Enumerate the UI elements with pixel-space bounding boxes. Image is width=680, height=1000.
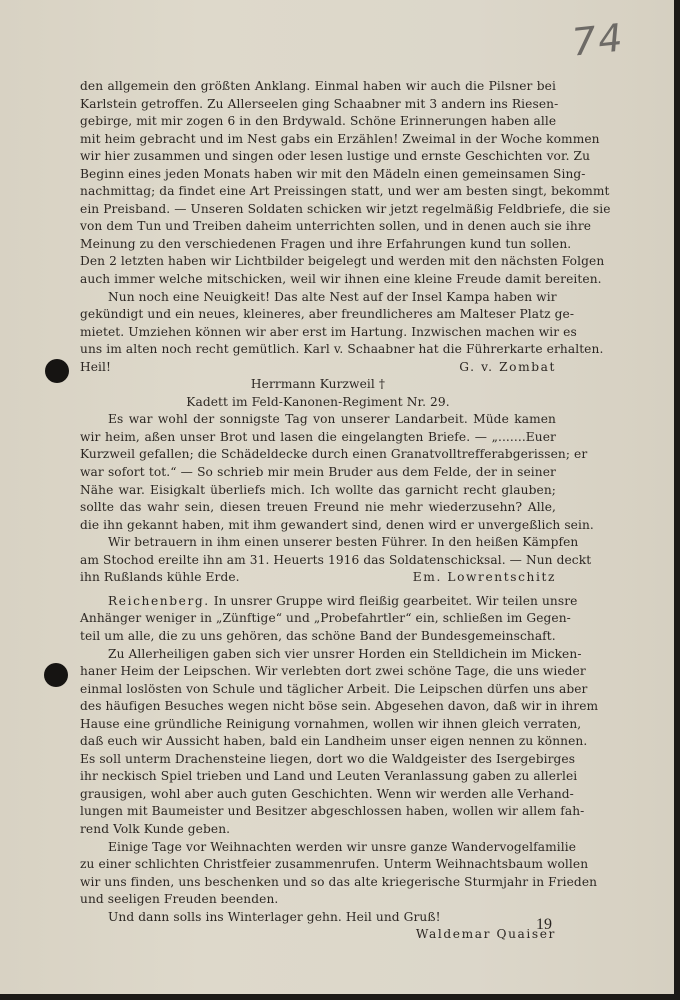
text-line: Wir betrauern in ihm einen unserer beste… — [80, 534, 556, 552]
text-line: Den 2 letzten haben wir Lichtbilder beig… — [80, 253, 556, 271]
author-signature: Waldemar Quaiser — [80, 926, 556, 944]
text-line: gekündigt und ein neues, kleineres, aber… — [80, 306, 556, 324]
text-line: lungen mit Baumeister und Besitzer abges… — [80, 803, 556, 821]
text-line: grausigen, wohl aber auch guten Geschich… — [80, 786, 556, 804]
text-line: des häufigen Besuches wegen nicht böse s… — [80, 698, 556, 716]
text-line: auch immer welche mitschicken, weil wir … — [80, 271, 556, 289]
text-line: einmal loslösten von Schule und tägliche… — [80, 681, 556, 699]
text-line: Reichenberg. In unsrer Gruppe wird fleiß… — [80, 593, 556, 611]
text-line: Beginn eines jeden Monats haben wir mit … — [80, 166, 556, 184]
text-line: daß euch wir Aussicht haben, bald ein La… — [80, 733, 556, 751]
text-line: Einige Tage vor Weihnachten werden wir u… — [80, 839, 556, 857]
text-line: ihr neckisch Spiel trieben und Land und … — [80, 768, 556, 786]
prague-news-paragraph: Nun noch eine Neuigkeit! Das alte Nest a… — [80, 289, 556, 377]
text-line: Nähe war. Eisigkalt überliefs mich. Ich … — [80, 482, 556, 500]
text-line: mietet. Umziehen können wir aber erst im… — [80, 324, 556, 342]
text-line: nachmittag; da findet eine Art Preissing… — [80, 183, 556, 201]
text-line: uns im alten noch recht gemütlich. Karl … — [80, 341, 556, 359]
closing-greeting: Heil! — [80, 359, 111, 377]
obituary-subtitle: Kadett im Feld-Kanonen-Regiment Nr. 29. — [80, 394, 556, 412]
text-line: zu einer schlichten Christfeier zusammen… — [80, 856, 556, 874]
text-line: ein Preisband. — Unseren Soldaten schick… — [80, 201, 556, 219]
punch-hole — [44, 663, 68, 687]
text-line: von dem Tun und Treiben daheim unterrich… — [80, 218, 556, 236]
text-line: gebirge, mit mir zogen 6 in den Brdywald… — [80, 113, 556, 131]
text-line: Karlstein getroffen. Zu Allerseelen ging… — [80, 96, 556, 114]
text-line: wir hier zusammen und singen oder lesen … — [80, 148, 556, 166]
text-line: Meinung zu den verschiedenen Fragen und … — [80, 236, 556, 254]
text-line: teil um alle, die zu uns gehören, das sc… — [80, 628, 556, 646]
text-line: Hause eine gründliche Reinigung vornahme… — [80, 716, 556, 734]
text-line: wir heim, aßen unser Brot und lasen die … — [80, 429, 556, 447]
handwritten-page-annotation: 74 — [570, 15, 627, 64]
text-line: mit heim gebracht und im Nest gabs ein E… — [80, 131, 556, 149]
obituary-section: Herrmann Kurzweil † Kadett im Feld-Kanon… — [80, 376, 556, 587]
author-signature: G. v. Zombat — [459, 359, 556, 377]
text-line: Es soll unterm Drachensteine liegen, dor… — [80, 751, 556, 769]
text-line: sollte das wahr sein, diesen treuen Freu… — [80, 499, 556, 517]
text-line: war sofort tot.“ — So schrieb mir mein B… — [80, 464, 556, 482]
obituary-title: Herrmann Kurzweil † — [80, 376, 556, 394]
text-line: den allgemein den größten Anklang. Einma… — [80, 78, 556, 96]
author-signature: Em. Lowrentschitz — [413, 569, 556, 587]
text-line: Es war wohl der sonnigste Tag von unsere… — [80, 411, 556, 429]
text-line: Anhänger weniger in „Zünftige“ und „Prob… — [80, 610, 556, 628]
text-line: am Stochod ereilte ihn am 31. Heuerts 19… — [80, 552, 556, 570]
text-line: und seeligen Freuden beenden. — [80, 891, 556, 909]
section-heading: Reichenberg. — [108, 594, 210, 608]
text-line: haner Heim der Leipschen. Wir verlebten … — [80, 663, 556, 681]
text-line: die ihn gekannt haben, mit ihm gewandert… — [80, 517, 556, 535]
punch-hole — [45, 359, 69, 383]
text-line: Kurzweil gefallen; die Schädeldecke durc… — [80, 446, 556, 464]
closing-greeting: Und dann solls ins Winterlager gehn. Hei… — [80, 909, 556, 927]
obituary-closing-line: ihn Rußlands kühle Erde. Em. Lowrentschi… — [80, 569, 556, 587]
prague-report-paragraph: den allgemein den größten Anklang. Einma… — [80, 78, 556, 289]
text-span: In unsrer Gruppe wird fleißig gearbeitet… — [210, 594, 578, 608]
text-line: Zu Allerheiligen gaben sich vier unsrer … — [80, 646, 556, 664]
body-text: den allgemein den größten Anklang. Einma… — [80, 78, 556, 944]
text-line: Nun noch eine Neuigkeit! Das alte Nest a… — [80, 289, 556, 307]
page-number: 19 — [536, 916, 552, 934]
text-line: rend Volk Kunde geben. — [80, 821, 556, 839]
text-line: ihn Rußlands kühle Erde. — [80, 569, 240, 587]
document-page: 74 den allgemein den größten Anklang. Ei… — [0, 0, 674, 994]
closing-line: Heil! G. v. Zombat — [80, 359, 556, 377]
reichenberg-section: Reichenberg. In unsrer Gruppe wird fleiß… — [80, 593, 556, 944]
text-line: wir uns finden, uns beschenken und so da… — [80, 874, 556, 892]
